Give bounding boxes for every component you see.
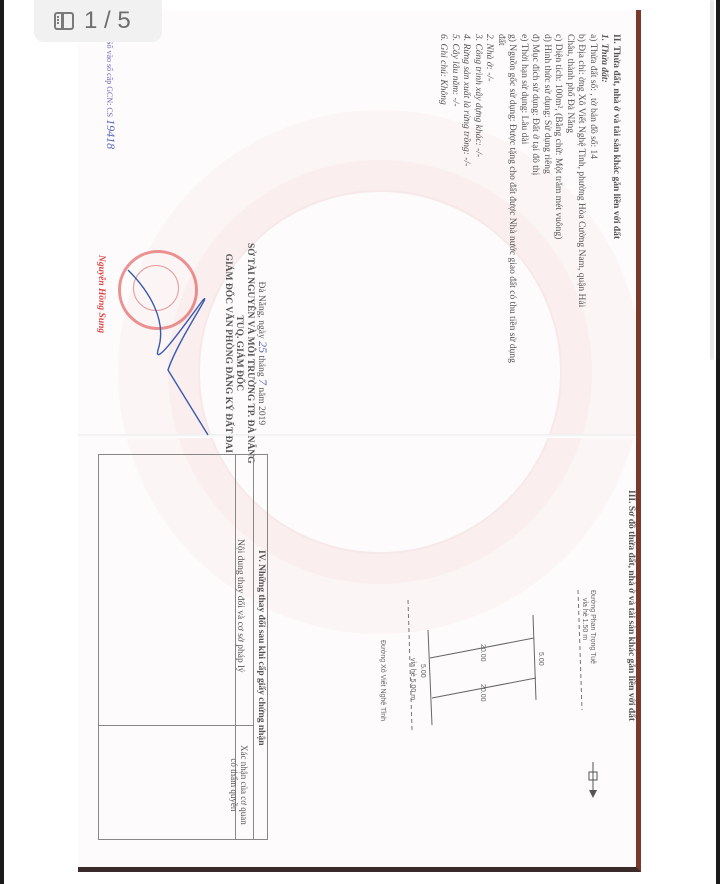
dimension-long-1: 20.00: [479, 644, 486, 662]
dimension-short-1: 5.00: [419, 664, 426, 678]
sidewalk-bottom-label: vỉa hè 5.00 m: [409, 658, 416, 700]
section-2-title: II. Thửa đất, nhà ở và tài sản khác gắn …: [610, 34, 622, 363]
signer-role: TUQ. GIÁM ĐỐC: [233, 243, 244, 464]
land-use-term: e) Thời hạn sử dụng: Lâu dài: [518, 34, 530, 363]
land-area: c) Diện tích: 100m², (Bằng chữ: Một trăm…: [552, 34, 564, 363]
issuing-authority: SỞ TÀI NGUYÊN VÀ MÔI TRƯỜNG TP. ĐÀ NẴNG: [244, 243, 255, 464]
sidewalk-top-label: vỉa hè 1.50 m: [581, 598, 588, 640]
page-counter-label: 1 / 5: [84, 7, 131, 35]
scrollbar[interactable]: [710, 0, 714, 360]
column-header-confirmation: Xác nhận của cơ quan có thẩm quyền: [229, 745, 249, 825]
land-plot-number: a) Thửa đất số: , tờ bản đồ số: 14: [587, 34, 599, 363]
viewer-edge-right: [716, 0, 720, 884]
road-bottom-label: Đường Xô Viết Nghệ Tĩnh: [379, 640, 386, 721]
handwritten-signature: [108, 260, 228, 440]
land-use-form: d) Hình thức sử dụng: Sử dụng riêng: [541, 34, 553, 363]
issue-date: Đà Nẵng, ngày 25 tháng 7 năm 2019: [255, 243, 268, 464]
land-use-origin: g) Nguồn gốc sử dụng: Được tặng cho đất …: [506, 34, 518, 363]
dimension-short-2: 5.00: [537, 652, 544, 666]
column-header-changes: Nội dung thay đổi và cơ sở pháp lý: [235, 539, 245, 673]
north-arrow-icon: [578, 760, 608, 800]
land-use-origin-cont: đất: [495, 34, 507, 363]
document-page: II. Thửa đất, nhà ở và tài sản khác gắn …: [78, 10, 641, 872]
table-divider: [99, 725, 253, 726]
land-address-cont: Châu, thành phố Đà Nẵng: [564, 34, 576, 363]
table-divider: [253, 455, 254, 839]
road-top-label: Đường Phan Trọng Tuệ: [589, 590, 596, 664]
section-2: II. Thửa đất, nhà ở và tài sản khác gắn …: [437, 34, 621, 363]
serial-number: Số vào sổ cấp GCN: CS 19418: [103, 40, 118, 149]
page-counter[interactable]: 1 / 5: [34, 0, 162, 42]
other-construction-item: 3. Công trình xây dựng khác: -/-: [472, 34, 484, 363]
forest-item: 4. Rừng sản xuất là rừng trồng: -/-: [460, 34, 472, 363]
signer-name: Nguyễn Hồng Sung: [96, 255, 106, 333]
viewer-edge-left: [0, 0, 4, 884]
land-plot-diagram: Đường Phan Trọng Tuệ vỉa hè 1.50 m Đường…: [368, 580, 628, 730]
land-heading: 1. Thửa đất:: [598, 34, 610, 363]
note-item: 6. Ghi chú: Không: [437, 34, 449, 363]
page-thumbnails-icon[interactable]: [54, 12, 74, 30]
perennial-tree-item: 5. Cây lâu năm: -/-: [449, 34, 461, 363]
signature-block: Đà Nẵng, ngày 25 tháng 7 năm 2019 SỞ TÀI…: [222, 243, 268, 464]
land-address: b) Địa chỉ: ờng Xô Viết Nghệ Tĩnh, phườn…: [575, 34, 587, 363]
land-use-purpose: đ) Mục đích sử dụng: Đất ở tại đô thị: [529, 34, 541, 363]
section-4-title: IV. Những thay đổi sau khi cấp giấy chứn…: [256, 550, 266, 746]
changes-table: IV. Những thay đổi sau khi cấp giấy chứn…: [98, 454, 268, 840]
house-item: 2. Nhà ở: -/-: [483, 34, 495, 363]
dimension-long-2: 20.00: [479, 684, 486, 702]
